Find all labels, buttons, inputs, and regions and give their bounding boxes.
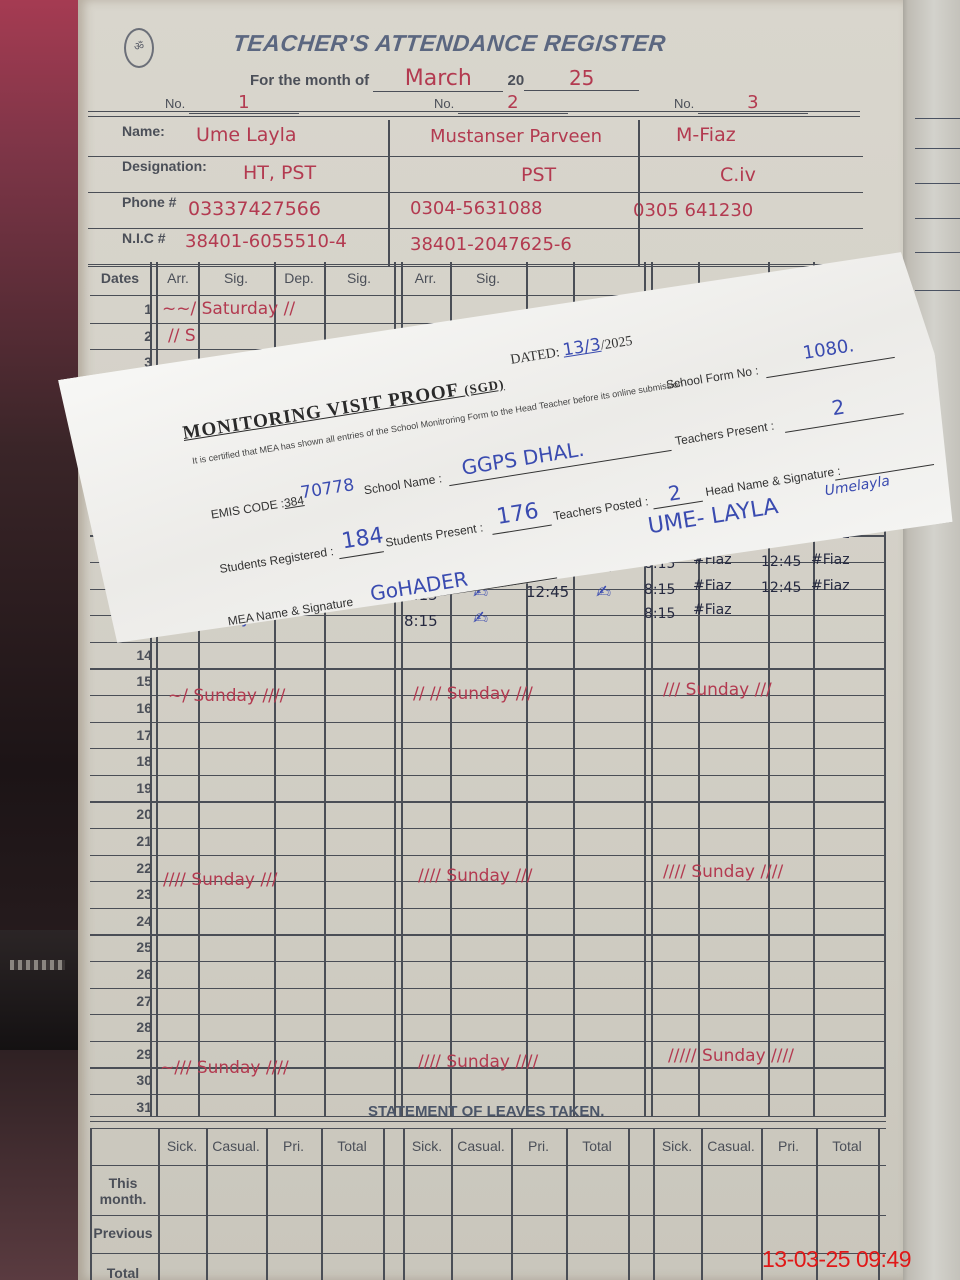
row-line <box>90 988 886 989</box>
leaves-title: STATEMENT OF LEAVES TAKEN. <box>368 1103 604 1120</box>
slip-dated: DATED: 13/3/2025 <box>509 330 634 369</box>
leaves-col-pri-t1: Pri. <box>266 1138 321 1154</box>
leaves-col-casual-t2: Casual. <box>451 1138 511 1154</box>
entry-day30-teacher1: ~/// Sunday //// <box>160 1058 289 1078</box>
teacher1-name: Ume Layla <box>196 124 297 146</box>
entry-day16-teacher3: /// Sunday /// <box>663 680 772 700</box>
leaves-row-thismonth: This month. <box>92 1175 154 1207</box>
entry-day23-teacher2: //// Sunday /// <box>418 866 533 886</box>
year-prefix: 20 <box>508 72 525 89</box>
date-15: 15 <box>100 673 152 689</box>
leaves-col-sick-t1: Sick. <box>158 1138 206 1154</box>
teacher1-designation: HT, PST <box>243 162 316 184</box>
date-19: 19 <box>100 780 152 796</box>
leaves-col-sick-t3: Sick. <box>653 1138 701 1154</box>
leaves-col-total-t3: Total <box>816 1138 878 1154</box>
entry-day16-teacher2: // // Sunday /// <box>413 684 533 704</box>
leaves-col-casual-t3: Casual. <box>701 1138 761 1154</box>
row-line <box>90 828 886 829</box>
teachers-present-value: 2 <box>830 394 846 420</box>
leaves-row-total: Total <box>92 1265 154 1280</box>
teacher3-name: M-Fiaz <box>676 124 736 146</box>
date-16: 16 <box>100 700 152 716</box>
header-divider <box>88 111 860 117</box>
date-26: 26 <box>100 966 152 982</box>
entry-day23-teacher1: //// Sunday /// <box>163 870 278 890</box>
leaves-col-sick-t2: Sick. <box>403 1138 451 1154</box>
adjacent-page <box>895 0 960 1280</box>
school-form-value: 1080. <box>801 335 855 364</box>
info-row-name: Name: Ume Layla Mustanser Parveen M-Fiaz <box>88 120 863 157</box>
school-form-label: School Form No : <box>665 363 759 391</box>
camera-timestamp: 13-03-25 09:49 <box>762 1246 911 1273</box>
row-line <box>90 1041 886 1042</box>
entry-day13-teacher3-sig: #Fiaz <box>693 602 732 618</box>
entry-day16-teacher1: ~/ Sunday //// <box>168 686 285 706</box>
leaves-col-pri-t2: Pri. <box>511 1138 566 1154</box>
row-line <box>90 722 886 723</box>
date-14: 14 <box>100 647 152 663</box>
year-value: 25 <box>524 66 639 91</box>
students-present-value: 176 <box>495 499 540 530</box>
students-registered-value: 184 <box>340 523 385 554</box>
row-line <box>90 908 886 909</box>
teacher3-designation: C.iv <box>720 164 756 186</box>
entry-day12-teacher2-dep-sig: ✍ <box>596 582 611 603</box>
entry-day13-teacher2-arr: 8:15 <box>404 612 438 630</box>
binder-strip <box>10 960 65 970</box>
row-line <box>90 1014 886 1015</box>
date-29: 29 <box>100 1046 152 1062</box>
binder-clip <box>0 930 80 1050</box>
leaves-col-total-t1: Total <box>321 1138 383 1154</box>
info-row-designation: Designation: HT, PST PST C.iv <box>88 156 863 193</box>
row-line <box>90 934 886 935</box>
emis-label: EMIS CODE :384 <box>210 493 305 522</box>
date-18: 18 <box>100 753 152 769</box>
date-20: 20 <box>100 806 152 822</box>
entry-day30-teacher2: //// Sunday //// <box>418 1052 538 1072</box>
row-line <box>90 1121 886 1122</box>
date-30: 30 <box>100 1072 152 1088</box>
students-registered-label: Students Registered : <box>218 544 334 576</box>
leaves-col-total-t2: Total <box>566 1138 628 1154</box>
emis-value: 70778 <box>299 475 356 503</box>
date-17: 17 <box>100 727 152 743</box>
teacher2-designation: PST <box>521 164 556 186</box>
seal-mark: ॐ <box>124 28 154 68</box>
entry-day12-teacher2-dep: 12:45 <box>526 583 569 601</box>
entry-day30-teacher3: ///// Sunday //// <box>668 1046 794 1066</box>
row-line <box>90 801 886 802</box>
students-present-label: Students Present : <box>384 520 484 549</box>
register-title: TEACHER'S ATTENDANCE REGISTER <box>232 30 668 57</box>
head-name-value: UME- LAYLA <box>646 494 780 539</box>
monitoring-visit-slip: MONITORING VISIT PROOF (SGD) DATED: 13/3… <box>58 195 928 585</box>
entry-day23-teacher3: //// Sunday //// <box>663 862 783 882</box>
entry-day13-teacher3-arr: 8:15 <box>644 606 675 622</box>
date-27: 27 <box>100 993 152 1009</box>
date-23: 23 <box>100 886 152 902</box>
month-label: For the month of <box>250 72 369 89</box>
leaves-col-casual-t1: Casual. <box>206 1138 266 1154</box>
row-line <box>90 668 886 669</box>
row-line <box>90 961 886 962</box>
teachers-posted-value: 2 <box>666 480 682 506</box>
teacher2-name: Mustanser Parveen <box>430 126 602 147</box>
school-name-label: School Name : <box>363 471 443 497</box>
attendance-register-page: ॐ TEACHER'S ATTENDANCE REGISTER For the … <box>78 0 903 1280</box>
row-line <box>90 855 886 856</box>
row-line <box>90 775 886 776</box>
date-22: 22 <box>100 860 152 876</box>
leaves-col-pri-t3: Pri. <box>761 1138 816 1154</box>
date-28: 28 <box>100 1019 152 1035</box>
date-21: 21 <box>100 833 152 849</box>
leaves-row-previous: Previous <box>92 1225 154 1241</box>
row-line <box>90 642 886 643</box>
entry-day13-teacher2-sig: ✍ <box>473 608 488 629</box>
date-24: 24 <box>100 913 152 929</box>
row-line <box>90 748 886 749</box>
teachers-posted-label: Teachers Posted : <box>552 494 649 523</box>
date-25: 25 <box>100 939 152 955</box>
teachers-present-label: Teachers Present : <box>674 419 775 448</box>
month-line: For the month of March 2025 <box>250 66 639 92</box>
row-line <box>90 1094 886 1095</box>
month-value: March <box>373 66 503 92</box>
date-31: 31 <box>100 1099 152 1115</box>
